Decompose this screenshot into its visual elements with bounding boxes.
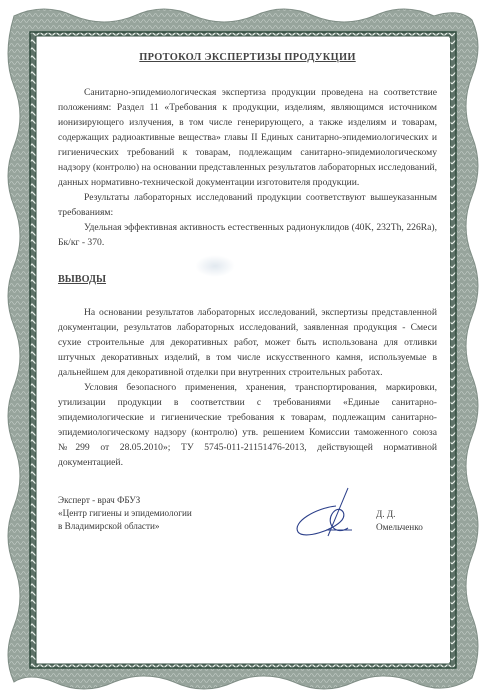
expert-position: Эксперт - врач ФБУЗ «Центр гигиены и эпи…	[58, 494, 192, 533]
document-title: ПРОТОКОЛ ЭКСПЕРТИЗЫ ПРОДУКЦИИ	[58, 50, 437, 65]
conclusion-paragraph: На основании результатов лабораторных ис…	[58, 305, 437, 380]
stamp-smudge	[195, 255, 235, 277]
activity-paragraph: Удельная эффективная активность естестве…	[58, 220, 437, 250]
signature-block: Эксперт - врач ФБУЗ «Центр гигиены и эпи…	[58, 494, 437, 554]
conclusions-heading: ВЫВОДЫ	[58, 272, 437, 287]
expert-line-1: Эксперт - врач ФБУЗ	[58, 494, 192, 507]
document-page: ПРОТОКОЛ ЭКСПЕРТИЗЫ ПРОДУКЦИИ Санитарно-…	[38, 38, 450, 662]
expert-line-2: «Центр гигиены и эпидемиологии	[58, 507, 192, 520]
conditions-paragraph: Условия безопасного применения, хранения…	[58, 380, 437, 470]
intro-paragraph: Санитарно-эпидемиологическая экспертиза …	[58, 85, 437, 190]
expert-line-3: в Владимирской области»	[58, 520, 192, 533]
results-paragraph: Результаты лабораторных исследований про…	[58, 190, 437, 220]
handwritten-signature-icon	[286, 486, 376, 546]
expert-name: Д. Д. Омельченко	[376, 508, 437, 534]
